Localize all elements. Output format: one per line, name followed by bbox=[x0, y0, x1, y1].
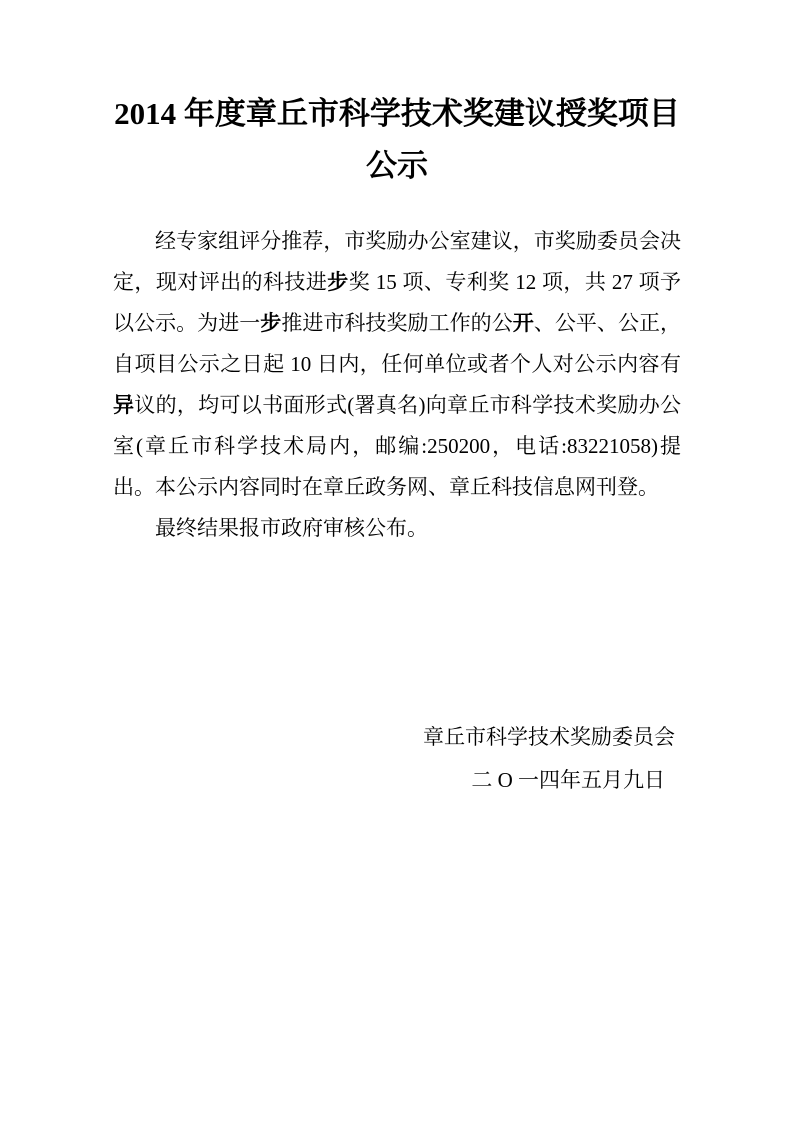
paragraph: 最终结果报市政府审核公布。 bbox=[113, 508, 681, 549]
paragraph: 经专家组评分推荐，市奖励办公室建议，市奖励委员会决定，现对评出的科技进步奖 15… bbox=[113, 221, 681, 508]
title-line-2: 公示 bbox=[113, 140, 681, 192]
page-title: 2014 年度章丘市科学技术奖建议授奖项目 公示 bbox=[113, 88, 681, 192]
text-run: 推进市科技奖励工作的公 bbox=[281, 311, 512, 335]
signature-date: 二 O 一四年五月九日 bbox=[113, 760, 681, 801]
bold-text-run: 开 bbox=[513, 311, 534, 335]
bold-text-run: 步 bbox=[327, 270, 348, 294]
text-run: 议的，均可以书面形式(署真名)向章丘市科学技术奖励办公室(章丘市科学技术局内，邮… bbox=[113, 393, 681, 499]
bold-text-run: 异 bbox=[113, 393, 134, 417]
title-line-1: 2014 年度章丘市科学技术奖建议授奖项目 bbox=[113, 88, 681, 140]
signature-committee: 章丘市科学技术奖励委员会 bbox=[113, 717, 681, 758]
document-page: 2014 年度章丘市科学技术奖建议授奖项目 公示 经专家组评分推荐，市奖励办公室… bbox=[0, 0, 794, 1123]
signature-block: 章丘市科学技术奖励委员会 二 O 一四年五月九日 bbox=[113, 717, 681, 801]
bold-text-run: 步 bbox=[260, 311, 281, 335]
document-body: 经专家组评分推荐，市奖励办公室建议，市奖励委员会决定，现对评出的科技进步奖 15… bbox=[113, 221, 681, 549]
text-run: 最终结果报市政府审核公布。 bbox=[155, 516, 428, 540]
